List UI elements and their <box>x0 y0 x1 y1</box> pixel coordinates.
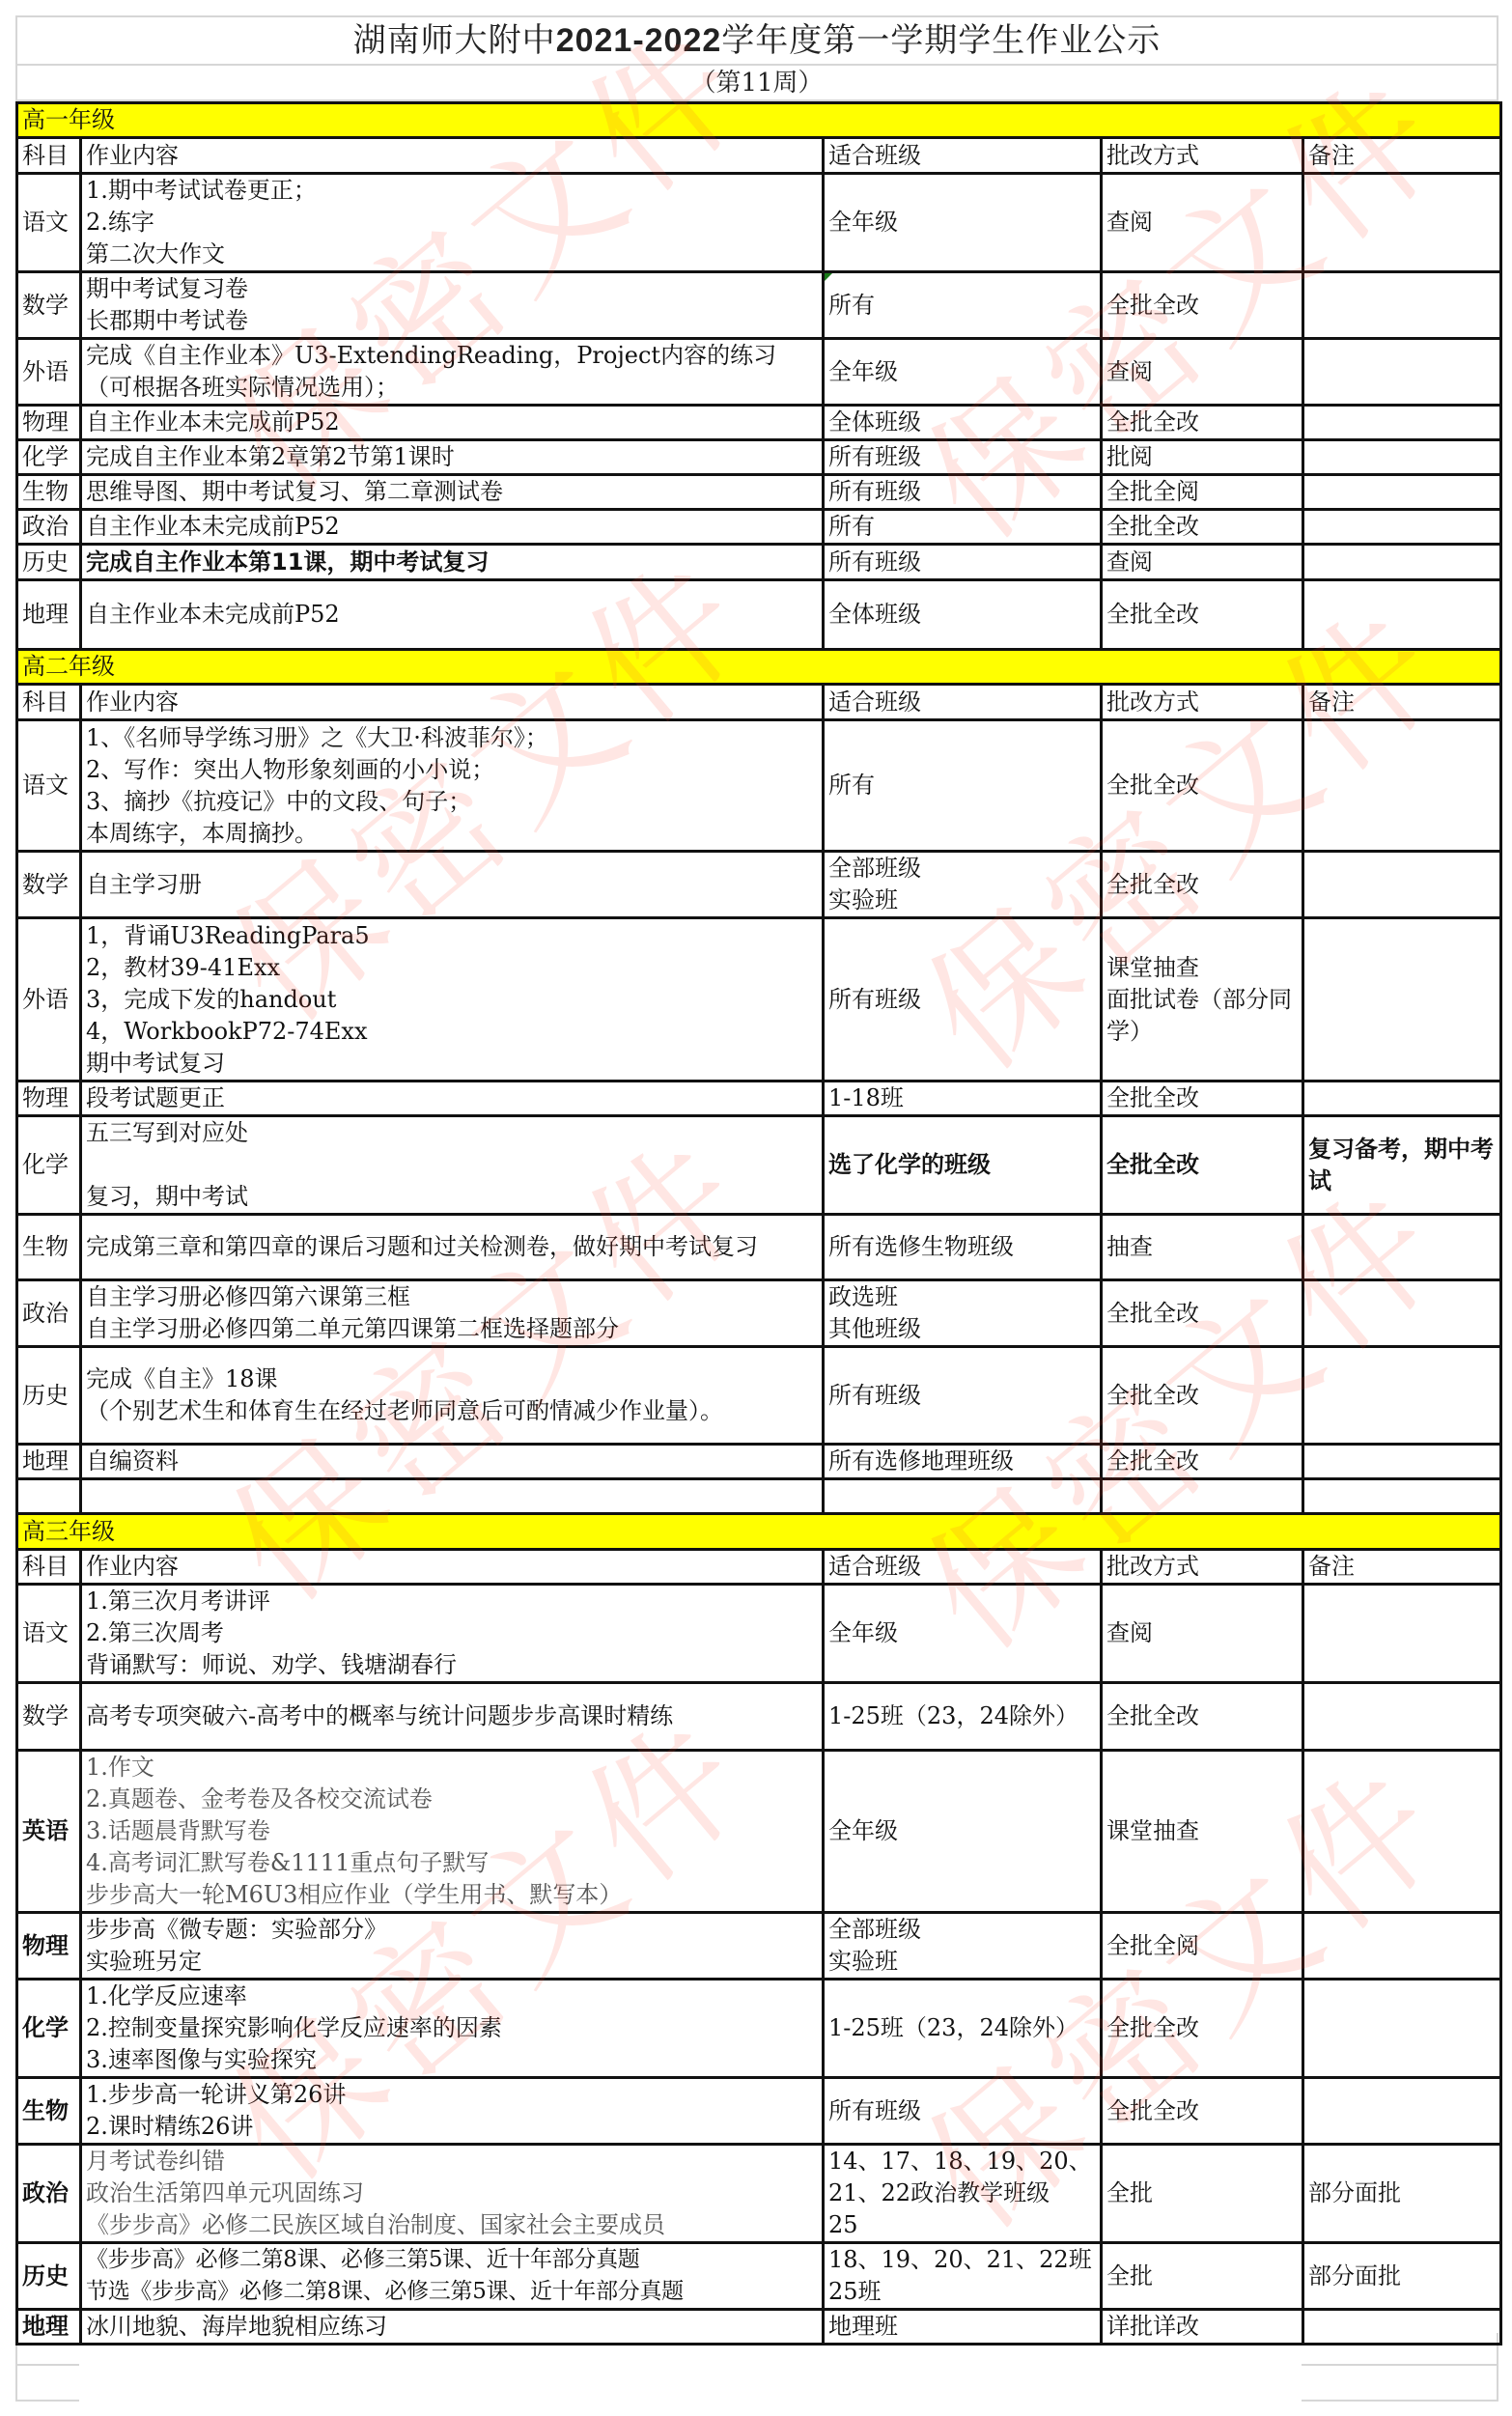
content-cell: 自主学习册必修四第六课第三框 自主学习册必修四第二单元第四课第二框选择题部分 <box>81 1280 824 1347</box>
table-row: 历史 完成自主作业本第11课，期中考试复习 所有班级 查阅 <box>17 545 1501 580</box>
note-cell <box>1303 918 1501 1082</box>
method-cell: 全批全阅 <box>1102 475 1303 510</box>
method-cell: 抽查 <box>1102 1215 1303 1280</box>
method-cell: 课堂抽查 <box>1102 1751 1303 1913</box>
method-cell: 全批全改 <box>1102 1280 1303 1347</box>
table-row: 数学 期中考试复习卷 长郡期中考试卷 所有 全批全改 <box>17 272 1501 339</box>
header-method: 批改方式 <box>1102 1550 1303 1585</box>
table-row: 语文 1.期中考试试卷更正； 2.练字 第二次大作文 全年级 查阅 <box>17 174 1501 272</box>
header-note: 备注 <box>1303 1550 1501 1585</box>
content-cell: 期中考试复习卷 长郡期中考试卷 <box>81 272 824 339</box>
subject-cell <box>17 1479 81 1514</box>
table-header-row: 科目 作业内容 适合班级 批改方式 备注 <box>17 685 1501 720</box>
subject-cell: 语文 <box>17 174 81 272</box>
classes-cell: 18、19、20、21、22班 25班 <box>824 2243 1102 2310</box>
content-cell: 完成自主作业本第11课，期中考试复习 <box>81 545 824 580</box>
classes-cell: 所有班级 <box>824 2078 1102 2145</box>
table-row: 历史 完成《自主》18课 （个别艺术生和体育生在经过老师同意后可酌情减少作业量）… <box>17 1347 1501 1445</box>
subject-cell: 化学 <box>17 1980 81 2078</box>
content-cell: 五三写到对应处 复习，期中考试 <box>81 1116 824 1215</box>
method-cell: 全批全改 <box>1102 1980 1303 2078</box>
content-cell: 高考专项突破六-高考中的概率与统计问题步步高课时精练 <box>81 1683 824 1751</box>
method-cell: 详批详改 <box>1102 2310 1303 2345</box>
method-cell: 全批 <box>1102 2145 1303 2243</box>
subject-cell: 生物 <box>17 475 81 510</box>
header-content: 作业内容 <box>81 685 824 720</box>
sheet-gridline <box>15 2364 79 2366</box>
classes-cell: 所有班级 <box>824 918 1102 1082</box>
note-cell <box>1303 339 1501 406</box>
table-row: 外语 完成《自主作业本》U3-ExtendingReading，Project内… <box>17 339 1501 406</box>
header-subject: 科目 <box>17 138 81 174</box>
header-classes: 适合班级 <box>824 685 1102 720</box>
classes-cell: 全体班级 <box>824 580 1102 650</box>
subject-cell: 化学 <box>17 1116 81 1215</box>
method-cell: 批阅 <box>1102 440 1303 475</box>
classes-cell: 所有 <box>824 510 1102 545</box>
grade-label: 高二年级 <box>17 650 1501 685</box>
content-cell: 《步步高》必修二第8课、必修三第5课、近十年部分真题 节选《步步高》必修二第8课… <box>81 2243 824 2310</box>
subject-cell: 物理 <box>17 406 81 440</box>
classes-cell: 全年级 <box>824 339 1102 406</box>
table-row: 政治 月考试卷纠错 政治生活第四单元巩固练习 《步步高》必修二民族区域自治制度、… <box>17 2145 1501 2243</box>
content-cell: 思维导图、期中考试复习、第二章测试卷 <box>81 475 824 510</box>
classes-cell: 选了化学的班级 <box>824 1116 1102 1215</box>
method-cell: 全批全改 <box>1102 406 1303 440</box>
table-row-empty <box>17 1479 1501 1514</box>
classes-cell: 所有 <box>824 720 1102 852</box>
method-cell: 全批全改 <box>1102 1347 1303 1445</box>
method-cell: 查阅 <box>1102 1585 1303 1683</box>
note-cell <box>1303 1445 1501 1479</box>
content-cell: 1.第三次月考讲评 2.第三次周考 背诵默写：师说、劝学、钱塘湖春行 <box>81 1585 824 1683</box>
subject-cell: 地理 <box>17 580 81 650</box>
note-cell: 复习备考，期中考试 <box>1303 1116 1501 1215</box>
content-cell: 1.期中考试试卷更正； 2.练字 第二次大作文 <box>81 174 824 272</box>
table-row: 政治 自主作业本未完成前P52 所有 全批全改 <box>17 510 1501 545</box>
classes-cell: 所有班级 <box>824 545 1102 580</box>
subject-cell: 外语 <box>17 918 81 1082</box>
subject-cell: 生物 <box>17 2078 81 2145</box>
table-row: 生物 1.步步高一轮讲义第26讲 2.课时精练26讲 所有班级 全批全改 <box>17 2078 1501 2145</box>
subject-cell: 物理 <box>17 1082 81 1116</box>
header-classes: 适合班级 <box>824 1550 1102 1585</box>
content-cell: 自主学习册 <box>81 852 824 918</box>
classes-cell: 全年级 <box>824 1751 1102 1913</box>
method-cell: 全批全改 <box>1102 1683 1303 1751</box>
table-row: 化学 五三写到对应处 复习，期中考试 选了化学的班级 全批全改 复习备考，期中考… <box>17 1116 1501 1215</box>
table-row: 英语 1.作文 2.真题卷、金考卷及各校交流试卷 3.话题晨背默写卷 4.高考词… <box>17 1751 1501 1913</box>
grade-band-g2: 高二年级 <box>17 650 1501 685</box>
method-cell: 全批全改 <box>1102 852 1303 918</box>
method-cell: 全批全改 <box>1102 1116 1303 1215</box>
subject-cell: 英语 <box>17 1751 81 1913</box>
method-cell: 课堂抽查 面批试卷（部分同学） <box>1102 918 1303 1082</box>
content-cell <box>81 1479 824 1514</box>
table-row: 数学 高考专项突破六-高考中的概率与统计问题步步高课时精练 1-25班（23，2… <box>17 1683 1501 1751</box>
classes-cell: 全部班级 实验班 <box>824 852 1102 918</box>
method-cell: 全批全改 <box>1102 1082 1303 1116</box>
classes-cell: 所有班级 <box>824 1347 1102 1445</box>
content-cell: 自主作业本未完成前P52 <box>81 406 824 440</box>
table-row: 物理 段考试题更正 1-18班 全批全改 <box>17 1082 1501 1116</box>
subject-cell: 外语 <box>17 339 81 406</box>
content-cell: 步步高《微专题：实验部分》 实验班另定 <box>81 1913 824 1980</box>
classes-cell: 1-18班 <box>824 1082 1102 1116</box>
classes-cell: 地理班 <box>824 2310 1102 2345</box>
classes-cell: 所有选修生物班级 <box>824 1215 1102 1280</box>
sheet-gridline <box>1302 2400 1498 2402</box>
header-content: 作业内容 <box>81 1550 824 1585</box>
note-cell <box>1303 440 1501 475</box>
method-cell: 查阅 <box>1102 339 1303 406</box>
subject-cell: 数学 <box>17 1683 81 1751</box>
note-cell <box>1303 1980 1501 2078</box>
classes-cell: 所有班级 <box>824 475 1102 510</box>
content-cell: 段考试题更正 <box>81 1082 824 1116</box>
content-cell: 月考试卷纠错 政治生活第四单元巩固练习 《步步高》必修二民族区域自治制度、国家社… <box>81 2145 824 2243</box>
table-row: 化学 完成自主作业本第2章第2节第1课时 所有班级 批阅 <box>17 440 1501 475</box>
content-cell: 1.作文 2.真题卷、金考卷及各校交流试卷 3.话题晨背默写卷 4.高考词汇默写… <box>81 1751 824 1913</box>
note-cell: 部分面批 <box>1303 2145 1501 2243</box>
note-cell <box>1303 852 1501 918</box>
table-row: 物理 自主作业本未完成前P52 全体班级 全批全改 <box>17 406 1501 440</box>
note-cell <box>1303 1683 1501 1751</box>
note-cell <box>1303 1082 1501 1116</box>
method-cell: 全批全改 <box>1102 720 1303 852</box>
note-cell <box>1303 1913 1501 1980</box>
subject-cell: 政治 <box>17 2145 81 2243</box>
header-note: 备注 <box>1303 685 1501 720</box>
content-cell: 完成自主作业本第2章第2节第1课时 <box>81 440 824 475</box>
subject-cell: 历史 <box>17 545 81 580</box>
note-cell <box>1303 1347 1501 1445</box>
table-header-row: 科目 作业内容 适合班级 批改方式 备注 <box>17 138 1501 174</box>
content-cell: 完成第三章和第四章的课后习题和过关检测卷，做好期中考试复习 <box>81 1215 824 1280</box>
method-cell: 全批全阅 <box>1102 1913 1303 1980</box>
note-cell <box>1303 1215 1501 1280</box>
content-cell: 完成《自主》18课 （个别艺术生和体育生在经过老师同意后可酌情减少作业量）。 <box>81 1347 824 1445</box>
classes-cell: 1-25班（23，24除外） <box>824 1980 1102 2078</box>
header-content: 作业内容 <box>81 138 824 174</box>
table-row: 地理 自主作业本未完成前P52 全体班级 全批全改 <box>17 580 1501 650</box>
note-cell <box>1303 1280 1501 1347</box>
content-cell: 完成《自主作业本》U3-ExtendingReading，Project内容的练… <box>81 339 824 406</box>
table-row: 语文 1、《名师导学练习册》之《大卫·科波菲尔》； 2、写作：突出人物形象刻画的… <box>17 720 1501 852</box>
classes-cell: 所有班级 <box>824 440 1102 475</box>
table-row: 物理 步步高《微专题：实验部分》 实验班另定 全部班级 实验班 全批全阅 <box>17 1913 1501 1980</box>
content-cell: 1，背诵U3ReadingPara5 2，教材39-41Exx 3，完成下发的h… <box>81 918 824 1082</box>
content-cell: 自主作业本未完成前P52 <box>81 510 824 545</box>
content-cell: 1.化学反应速率 2.控制变量探究影响化学反应速率的因素 3.速率图像与实验探究 <box>81 1980 824 2078</box>
classes-cell: 政选班 其他班级 <box>824 1280 1102 1347</box>
method-cell: 全批全改 <box>1102 272 1303 339</box>
method-cell: 全批全改 <box>1102 2078 1303 2145</box>
method-cell: 查阅 <box>1102 174 1303 272</box>
note-cell <box>1303 475 1501 510</box>
note-cell <box>1303 1585 1501 1683</box>
note-cell <box>1303 510 1501 545</box>
note-cell <box>1303 174 1501 272</box>
subject-cell: 生物 <box>17 1215 81 1280</box>
note-cell <box>1303 406 1501 440</box>
table-row: 数学 自主学习册 全部班级 实验班 全批全改 <box>17 852 1501 918</box>
method-cell <box>1102 1479 1303 1514</box>
table-header-row: 科目 作业内容 适合班级 批改方式 备注 <box>17 1550 1501 1585</box>
method-cell: 全批全改 <box>1102 510 1303 545</box>
content-cell: 1、《名师导学练习册》之《大卫·科波菲尔》； 2、写作：突出人物形象刻画的小小说… <box>81 720 824 852</box>
note-cell <box>1303 720 1501 852</box>
classes-cell: 全年级 <box>824 1585 1102 1683</box>
subject-cell: 历史 <box>17 1347 81 1445</box>
grade-label: 高三年级 <box>17 1514 1501 1550</box>
table-row: 地理 自编资料 所有选修地理班级 全批全改 <box>17 1445 1501 1479</box>
subject-cell: 化学 <box>17 440 81 475</box>
subject-cell: 数学 <box>17 852 81 918</box>
table-row: 外语 1，背诵U3ReadingPara5 2，教材39-41Exx 3，完成下… <box>17 918 1501 1082</box>
grade-band-g3: 高三年级 <box>17 1514 1501 1550</box>
cell-comment-marker <box>825 273 832 281</box>
header-subject: 科目 <box>17 1550 81 1585</box>
classes-cell: 全年级 <box>824 174 1102 272</box>
header-classes: 适合班级 <box>824 138 1102 174</box>
table-row: 历史 《步步高》必修二第8课、必修三第5课、近十年部分真题 节选《步步高》必修二… <box>17 2243 1501 2310</box>
note-cell <box>1303 1479 1501 1514</box>
table-row: 政治 自主学习册必修四第六课第三框 自主学习册必修四第二单元第四课第二框选择题部… <box>17 1280 1501 1347</box>
week-subtitle: （第11周） <box>15 66 1498 100</box>
header-note: 备注 <box>1303 138 1501 174</box>
note-cell <box>1303 1751 1501 1913</box>
table-row: 生物 思维导图、期中考试复习、第二章测试卷 所有班级 全批全阅 <box>17 475 1501 510</box>
method-cell: 全批全改 <box>1102 1445 1303 1479</box>
sheet-gridline <box>1302 2364 1498 2366</box>
grade-band-g1: 高一年级 <box>17 103 1501 138</box>
subject-cell: 语文 <box>17 720 81 852</box>
classes-cell: 全体班级 <box>824 406 1102 440</box>
subject-cell: 政治 <box>17 510 81 545</box>
document-title: 湖南师大附中2021-2022学年度第一学期学生作业公示 <box>15 17 1498 64</box>
homework-sheet: 湖南师大附中2021-2022学年度第一学期学生作业公示 （第11周） 高一年级… <box>0 0 1512 2416</box>
classes-cell: 14、17、18、19、20、21、22政治教学班级 25 <box>824 2145 1102 2243</box>
note-cell <box>1303 580 1501 650</box>
grade-label: 高一年级 <box>17 103 1501 138</box>
subject-cell: 政治 <box>17 1280 81 1347</box>
subject-cell: 地理 <box>17 2310 81 2345</box>
subject-cell: 历史 <box>17 2243 81 2310</box>
subject-cell: 语文 <box>17 1585 81 1683</box>
subject-cell: 数学 <box>17 272 81 339</box>
method-cell: 查阅 <box>1102 545 1303 580</box>
note-cell <box>1303 545 1501 580</box>
table-row: 化学 1.化学反应速率 2.控制变量探究影响化学反应速率的因素 3.速率图像与实… <box>17 1980 1501 2078</box>
classes-cell: 所有选修地理班级 <box>824 1445 1102 1479</box>
content-cell: 冰川地貌、海岸地貌相应练习 <box>81 2310 824 2345</box>
header-subject: 科目 <box>17 685 81 720</box>
classes-cell <box>824 1479 1102 1514</box>
table-row: 语文 1.第三次月考讲评 2.第三次周考 背诵默写：师说、劝学、钱塘湖春行 全年… <box>17 1585 1501 1683</box>
method-cell: 全批全改 <box>1102 580 1303 650</box>
classes-cell: 1-25班（23，24除外） <box>824 1683 1102 1751</box>
note-cell <box>1303 2310 1501 2345</box>
content-cell: 自主作业本未完成前P52 <box>81 580 824 650</box>
classes-cell: 所有 <box>824 272 1102 339</box>
content-cell: 自编资料 <box>81 1445 824 1479</box>
homework-table: 高一年级 科目 作业内容 适合班级 批改方式 备注 语文 1.期中考试试卷更正；… <box>15 101 1502 2346</box>
sheet-gridline <box>15 2400 79 2402</box>
method-cell: 全批 <box>1102 2243 1303 2310</box>
classes-cell: 全部班级 实验班 <box>824 1913 1102 1980</box>
content-cell: 1.步步高一轮讲义第26讲 2.课时精练26讲 <box>81 2078 824 2145</box>
subject-cell: 地理 <box>17 1445 81 1479</box>
header-method: 批改方式 <box>1102 138 1303 174</box>
header-method: 批改方式 <box>1102 685 1303 720</box>
table-row: 生物 完成第三章和第四章的课后习题和过关检测卷，做好期中考试复习 所有选修生物班… <box>17 1215 1501 1280</box>
subject-cell: 物理 <box>17 1913 81 1980</box>
table-row: 地理 冰川地貌、海岸地貌相应练习 地理班 详批详改 <box>17 2310 1501 2345</box>
note-cell <box>1303 2078 1501 2145</box>
note-cell <box>1303 272 1501 339</box>
note-cell: 部分面批 <box>1303 2243 1501 2310</box>
